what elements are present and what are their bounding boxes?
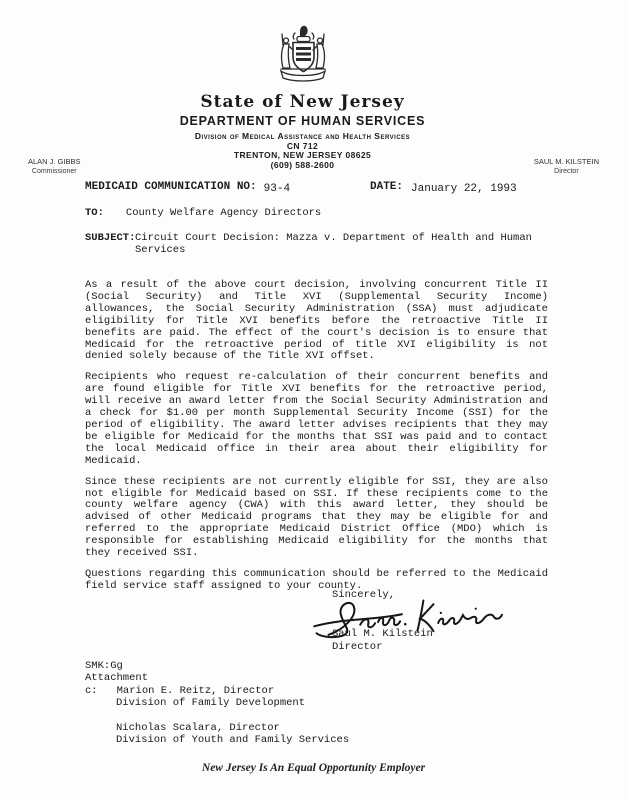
letter-body: As a result of the above court decision,…: [85, 280, 548, 602]
communication-number: 93-4: [257, 183, 290, 195]
cc-row-1: c:Marion E. Reitz, Director: [85, 685, 349, 697]
typist-initials: SMK:Gg: [85, 660, 349, 672]
to-row: TO:County Welfare Agency Directors: [85, 207, 321, 219]
cc-label: c:: [85, 685, 98, 697]
new-jersey-state-seal-icon: [269, 24, 337, 88]
date-label: DATE:: [370, 181, 403, 193]
cc-name-2: Nicholas Scalara, Director: [116, 722, 349, 734]
commissioner-name: ALAN J. GIBBS: [28, 157, 81, 167]
commissioner-block: ALAN J. GIBBS Commissioner: [28, 157, 81, 176]
commissioner-title: Commissioner: [28, 167, 81, 177]
paragraph-1: As a result of the above court decision,…: [85, 280, 548, 363]
communication-number-row: MEDICAID COMMUNICATION NO:93-4: [85, 181, 290, 193]
cc-org-1: Division of Family Development: [116, 697, 349, 709]
to-value: County Welfare Agency Directors: [126, 207, 321, 219]
state-name: State of New Jersey: [0, 92, 616, 112]
subject-row: SUBJECT: Circuit Court Decision: Mazza v…: [85, 232, 555, 256]
to-label: TO:: [85, 207, 104, 219]
city-state-zip: TRENTON, NEW JERSEY 08625: [0, 150, 616, 160]
paragraph-3: Since these recipients are not currently…: [85, 477, 548, 560]
subject-value: Circuit Court Decision: Mazza v. Departm…: [135, 232, 555, 256]
cc-name-1: Marion E. Reitz, Director: [117, 685, 275, 697]
date-row: DATE:January 22, 1993: [370, 181, 517, 193]
letter-page: State of New Jersey DEPARTMENT OF HUMAN …: [0, 0, 627, 800]
spacer: [85, 710, 349, 722]
date-value: January 22, 1993: [403, 183, 517, 195]
signer-name: Saul M. Kilstein: [332, 628, 433, 640]
paragraph-4: Questions regarding this communication s…: [85, 569, 548, 593]
division-name: Division of Medical Assistance and Healt…: [0, 131, 616, 141]
director-title: Director: [534, 167, 599, 177]
subject-label: SUBJECT:: [85, 232, 135, 244]
director-block: SAUL M. KILSTEIN Director: [534, 157, 599, 176]
director-name: SAUL M. KILSTEIN: [534, 157, 599, 167]
communication-label: MEDICAID COMMUNICATION NO:: [85, 181, 257, 193]
paragraph-2: Recipients who request re-calculation of…: [85, 372, 548, 467]
equal-opportunity-footer: New Jersey Is An Equal Opportunity Emplo…: [0, 762, 627, 774]
signer-title: Director: [332, 641, 382, 653]
department-name: DEPARTMENT OF HUMAN SERVICES: [0, 114, 616, 128]
phone-number: (609) 588-2600: [0, 160, 616, 170]
reference-block: SMK:Gg Attachment c:Marion E. Reitz, Dir…: [85, 660, 349, 746]
attachment-note: Attachment: [85, 672, 349, 684]
cc-org-2: Division of Youth and Family Services: [116, 734, 349, 746]
